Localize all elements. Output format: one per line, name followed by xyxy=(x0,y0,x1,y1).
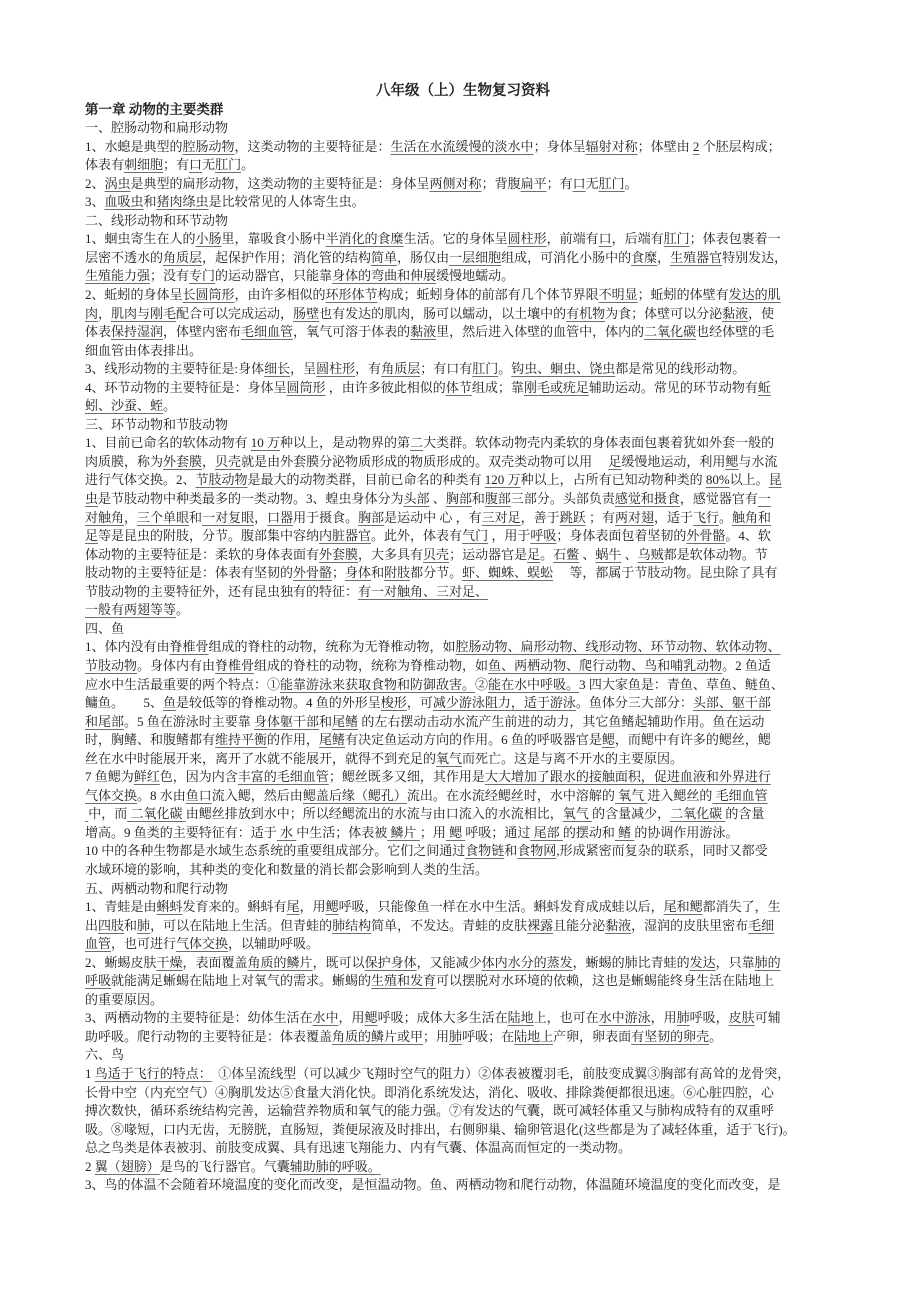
underlined-term: 和尾部 xyxy=(85,714,124,729)
underlined-term: 外骨骼 xyxy=(293,565,332,580)
underlined-term: 角质层 xyxy=(381,361,420,376)
underlined-term: 触角和 xyxy=(732,510,771,525)
text-segment: ；没有 xyxy=(150,268,189,283)
text-segment: 中生活；体表被 xyxy=(296,825,387,840)
text-segment: 进行气体交换。2、 xyxy=(85,472,196,487)
underlined-term: 虫 xyxy=(85,491,98,506)
underlined-term: 生殖和发育 xyxy=(371,973,436,988)
document-content: 八年级（上）生物复习资料 第一章 动物的主要类群 一、腔肠动物和扁形动物1、水螅… xyxy=(85,82,841,1195)
text-line: 水域环境的影响，其种类的变化和数量的消长都会影响到人类的生活。 xyxy=(85,861,841,880)
text-segment: 搏次数快，循环系统结构完善，运输营养物质和氧气的能力强。⑦有发达的气囊，既可减轻… xyxy=(85,1103,774,1118)
underlined-term: 角质的鳞片 xyxy=(248,955,313,970)
underlined-term: 减少游泳阻力，适于游泳 xyxy=(433,695,576,710)
underlined-term: 一对复眼 xyxy=(202,510,254,525)
text-segment: 由鳃丝排放到水中；所以经鳃流出的水流与由口流入的水流相比， xyxy=(186,806,563,821)
text-segment: 的运动器官，只能靠 xyxy=(215,268,332,283)
text-segment: 大类群。软体动物壳内柔软的身体表面包裹着犹如外套一般的 xyxy=(423,435,774,450)
underlined-term: 涡虫 xyxy=(105,176,131,191)
text-segment: 配合可以完成运动， xyxy=(176,306,293,321)
underlined-term: 扁平 xyxy=(521,176,547,191)
underlined-term: 气门 xyxy=(462,528,488,543)
text-line: 鳙鱼。 5、鱼是较低等的脊椎动物。4 鱼的外形呈梭形，可减少游泳阻力，适于游泳。… xyxy=(85,694,841,713)
text-segment: ，湿润的皮肤里密布 xyxy=(631,918,748,933)
text-line: 气体交换。8 水由鱼口流入鳃，然后由鳃盖后缘（鳃孔）流出。在水流经鳃丝时，水中溶… xyxy=(85,787,841,806)
underlined-term: 外套膜 xyxy=(319,547,358,562)
text-segment: 四、鱼 xyxy=(85,621,124,636)
text-segment: 都消失了，生 xyxy=(703,899,781,914)
underlined-term: 角质层 xyxy=(163,250,202,265)
text-segment: ② xyxy=(475,677,488,692)
text-segment: 是比较常见的人体寄生虫。 xyxy=(209,194,365,209)
text-segment: 三、环节动物和节肢动物 xyxy=(85,417,228,432)
text-segment: 。 xyxy=(176,602,189,617)
text-segment: 增高。9 鱼类的主要特征有：适于 xyxy=(85,825,277,840)
underlined-term: 对触角 xyxy=(85,510,124,525)
text-segment: 呼吸，只能像鱼一样在水中生活。蝌蚪发育成成蛙以后， xyxy=(339,899,664,914)
text-segment: 和 xyxy=(124,918,137,933)
underlined-term: 发达的肌 xyxy=(729,287,781,302)
underlined-term: 一 xyxy=(758,491,771,506)
underlined-term: 三对足 xyxy=(482,510,521,525)
text-segment: 和 xyxy=(371,565,384,580)
underlined-term: 鱼、两栖动物、爬行动物、鸟和哺乳动物 xyxy=(488,658,722,673)
underlined-term: 钩虫、蛔虫、饶虫 xyxy=(511,361,615,376)
underlined-term: 口器 xyxy=(267,510,293,525)
text-line: 总之鸟类是体表被羽、前肢变成翼、具有迅速飞翔能力、内有气囊、体温高而恒定的一类动… xyxy=(85,1139,841,1158)
text-line: 层密不透水的角质层，起保护作用；消化管的结构简单，肠仅由一层细胞组成，可消化小肠… xyxy=(85,249,841,268)
underlined-term: 气体交换 xyxy=(176,936,228,951)
underlined-term: 肺 xyxy=(449,1029,462,1044)
underlined-term: 外骨骼 xyxy=(686,528,725,543)
text-segment: 时，胸鳍、和腹鳍都有 xyxy=(85,732,215,747)
underlined-term: 毛细血管 xyxy=(241,324,293,339)
text-line: 3、血吸虫和猪肉绦虫是比较常见的人体寄生虫。 xyxy=(85,193,841,212)
text-segment: 呼吸；在 xyxy=(462,1029,514,1044)
text-segment: ，以辅助呼吸。 xyxy=(228,936,319,951)
text-line: 丝在水中时能展开来，离开了水就不能展开，就得不到充足的氧气而死亡。这是与离不开水… xyxy=(85,750,841,769)
text-segment: 。 xyxy=(163,398,176,413)
text-segment: 是较低等的脊椎动物。4 鱼的外形呈 xyxy=(176,695,381,710)
underlined-term: 能靠游泳来获取食物和防御敌害。 xyxy=(280,677,475,692)
text-segment: 。5 鱼在游泳时主要靠 xyxy=(124,714,254,729)
underlined-term: 保持湿润 xyxy=(111,324,163,339)
text-line: 体动物的主要特征是：柔软的身体表面有外套膜，大多具有贝壳；运动器官是足。石鳖 、… xyxy=(85,546,841,565)
underlined-term: 头部、躯干部 xyxy=(693,695,771,710)
underlined-term: 二氧化碳 xyxy=(670,806,725,821)
underlined-term: 干燥 xyxy=(157,955,183,970)
text-segment: 里，靠吸食小肠中 xyxy=(222,231,326,246)
text-line: 足等是昆虫的附肢，分节。腹部集中容纳内脏器官。此外，体表有气门 ，用于呼吸；身体… xyxy=(85,527,841,546)
underlined-term: 贝壳 xyxy=(423,547,449,562)
text-segment: 应水中生活最重要的两个特点：① xyxy=(85,677,280,692)
text-segment: 个胚层构成； xyxy=(699,139,780,154)
document-page: 八年级（上）生物复习资料 第一章 动物的主要类群 一、腔肠动物和扁形动物1、水螅… xyxy=(0,0,920,1302)
text-segment: 助呼吸。爬行动物的主要特征是：体表覆盖 xyxy=(85,1029,332,1044)
text-line: 2、涡虫是典型的扁形动物，这类动物的主要特征是：身体呈两侧对称；背腹扁平；有口无… xyxy=(85,175,841,194)
text-line: 1、目前已命名的软体动物有 10 万种以上，是动物界的第二大类群。软体动物壳内柔… xyxy=(85,434,841,453)
text-segment: 流入鳃，然后由 xyxy=(212,788,303,803)
text-segment: 无 xyxy=(586,176,599,191)
underlined-term: 肺 xyxy=(677,1010,690,1025)
underlined-term: 刚毛或疣足 xyxy=(524,380,589,395)
underlined-term: 水中游泳 xyxy=(599,1010,651,1025)
text-segment: 都是常见的线形动物。 xyxy=(615,361,745,376)
underlined-term: 鲜红 xyxy=(134,769,160,784)
underlined-term: 简单 xyxy=(371,250,397,265)
underlined-term: 两对翅 xyxy=(615,510,654,525)
text-line: 六、鸟 xyxy=(85,1046,841,1065)
text-segment: 3、两栖动物的主要特征是：幼体生活在 xyxy=(85,1010,313,1025)
underlined-term: 辐射对称 xyxy=(586,139,638,154)
document-body: 一、腔肠动物和扁形动物1、水螅是典型的腔肠动物，这类动物的主要特征是：生活在水流… xyxy=(85,119,841,1195)
text-segment: 出 xyxy=(85,918,98,933)
text-segment: ，可 xyxy=(407,695,433,710)
text-segment: 里，然后进入体壁的血管中，体内的 xyxy=(436,324,644,339)
text-line: 细血管由体表排出。 xyxy=(85,342,841,361)
underlined-term: 肺 xyxy=(137,918,150,933)
text-segment: ；背腹 xyxy=(482,176,521,191)
text-line: 增高。9 鱼类的主要特征有：适于 水 中生活；体表被 鳞片 ；用 鳃 呼吸；通过… xyxy=(85,824,841,843)
text-segment: 产卵，卵表面 xyxy=(553,1029,631,1044)
text-segment: 构成；蚯蚓身体的前部有几个体节界限 xyxy=(378,287,599,302)
underlined-term: 蚯 xyxy=(758,380,771,395)
underlined-term: 尾部 xyxy=(530,825,563,840)
underlined-term: 尾鳍 xyxy=(332,714,358,729)
underlined-term: 鳃 xyxy=(365,1010,378,1025)
text-line: 体表保持湿润，体壁内密布毛细血管，氧气可溶于体表的黏液里，然后进入体壁的血管中，… xyxy=(85,323,841,342)
underlined-term: 两侧对称 xyxy=(430,176,482,191)
text-segment: 。 xyxy=(719,510,732,525)
underlined-term: 二 xyxy=(410,435,423,450)
underlined-term: 口 xyxy=(189,157,202,172)
text-segment: 。4、软 xyxy=(725,528,771,543)
text-segment: ，使 xyxy=(748,306,774,321)
text-segment: 。身体内有由 xyxy=(137,658,215,673)
text-line: 3、鸟的体温不会随着环境温度的变化而改变，是恒温动物。鱼、两栖动物和爬行动物，体… xyxy=(85,1176,841,1195)
text-segment: 。鱼体分三大部分： xyxy=(576,695,693,710)
text-segment: ，而鳃中有许多的鳃丝，鳃 xyxy=(615,732,771,747)
text-segment: 肉质膜，称为 xyxy=(85,454,163,469)
text-segment: 等，都属于节肢动物。昆虫除了具有 xyxy=(553,565,777,580)
text-segment: ， xyxy=(202,454,215,469)
text-segment: 也有发达的肌肉，肠可以蠕动，以土壤中的 xyxy=(319,306,566,321)
underlined-term: 生殖器官 xyxy=(670,250,722,265)
underlined-term: 尾 xyxy=(287,899,300,914)
text-segment: ；身体呈 xyxy=(534,139,586,154)
underlined-term: 长圆筒形 xyxy=(183,287,235,302)
text-segment: 三部分。头部负责 xyxy=(511,491,615,506)
text-segment: 就是由外套膜分泌物质形成的物质形成的。双壳类动物可以用 xyxy=(241,454,608,469)
text-segment: ，蜥蜴的肺比青蛙的 xyxy=(573,955,690,970)
text-segment: 。 xyxy=(241,157,254,172)
text-line: 对触角，三个单眼和一对复眼，口器用于摄食。胸部是运动中 心 ，有三对足，善于跳跃… xyxy=(85,509,841,528)
text-segment: 发育来的。蝌蚪有 xyxy=(183,899,287,914)
text-line: 呼吸就能满足蜥蜴在陆地上对氧气的需求。蜥蜴的生殖和发育可以摆脱对水环境的依赖，这… xyxy=(85,972,841,991)
text-segment: ，可以在陆地上生活。但青蛙的 xyxy=(150,918,332,933)
text-segment: 、 xyxy=(579,547,595,562)
text-segment: ， xyxy=(124,510,137,525)
text-segment: 是运动中 心 ，有 xyxy=(384,510,482,525)
text-segment: 、 xyxy=(430,491,446,506)
underlined-term: 角质的鳞片或甲 xyxy=(332,1029,423,1044)
underlined-term: 肺结构 xyxy=(332,918,371,933)
text-segment: 总之鸟类是体表被羽、前肢变成翼、具有迅速飞翔能力、内有气囊、体温高而恒定的一类动… xyxy=(85,1140,631,1155)
text-segment: 1、青蛙是由 xyxy=(85,899,157,914)
text-segment: 是最大的动物类群，目前已命名的种类有 xyxy=(248,472,485,487)
chapter-heading: 第一章 动物的主要类群 xyxy=(85,101,841,120)
text-segment: 特别发达， xyxy=(722,250,787,265)
text-segment: ；身体表面包着坚韧的 xyxy=(556,528,686,543)
text-line: 节肢动物。身体内有由脊椎骨组成的脊柱的动物，统称为脊椎动物，如鱼、两栖动物、爬行… xyxy=(85,657,841,676)
text-segment: 为食；体壁可以分泌 xyxy=(605,306,722,321)
text-segment: 组成；靠 xyxy=(472,380,524,395)
text-segment: ；有 xyxy=(163,157,189,172)
text-segment: 组成的脊柱的动物，统称为脊椎动物，如 xyxy=(254,658,488,673)
text-segment: 而死亡。这是与离不开水的主要原因。 xyxy=(462,751,683,766)
text-segment: 组成，可消化小肠中的 xyxy=(501,250,631,265)
text-line: 体表有刺细胞；有口无肛门。 xyxy=(85,156,841,175)
text-segment: 长骨中空（内充空气）④胸肌发达⑤食量大消化快。即消化系统发达，消化、吸收、排除粪… xyxy=(85,1085,774,1100)
text-segment: ，由许多彼此相似的 xyxy=(326,380,446,395)
underlined-term: 气体交换 xyxy=(85,788,137,803)
text-line: 肉，肌肉与刚毛配合可以完成运动，肠壁也有发达的肌肉，肠可以蠕动，以土壤中的有机物… xyxy=(85,305,841,324)
text-segment: 2、蜥蜴皮肤 xyxy=(85,955,157,970)
text-line: 3、线形动物的主要特征是:身体细长，呈圆柱形，有角质层；有口有肛门。钩虫、蛔虫、… xyxy=(85,360,841,379)
underlined-term: 皮肤 xyxy=(729,1010,755,1025)
underlined-term: 黏液 xyxy=(722,306,748,321)
text-segment: ；运动器官是 xyxy=(449,547,527,562)
text-segment: 无 xyxy=(202,157,215,172)
text-segment: 呼吸， xyxy=(690,1010,729,1025)
underlined-term: 有坚韧的卵壳 xyxy=(631,1029,709,1044)
underlined-term: 氧气 xyxy=(615,788,648,803)
text-segment: 和 xyxy=(504,843,517,858)
underlined-term: 圆柱形 xyxy=(316,361,355,376)
text-line: 肉质膜，称为外套膜，贝壳就是由外套膜分泌物质形成的物质形成的。双壳类动物可以用 … xyxy=(85,453,841,472)
underlined-term: 猪肉绦虫 xyxy=(157,194,209,209)
underlined-term: 呼吸 xyxy=(85,973,111,988)
underlined-term: 贝壳 xyxy=(215,454,241,469)
underlined-term: 能在水中呼吸。 xyxy=(488,677,579,692)
text-line: 1、水螅是典型的腔肠动物，这类动物的主要特征是：生活在水流缓慢的淡水中；身体呈辐… xyxy=(85,138,841,157)
text-segment: 和 xyxy=(189,510,202,525)
underlined-term: 三个单眼 xyxy=(137,510,189,525)
underlined-term: 肠壁 xyxy=(293,306,319,321)
underlined-term: 肛门 xyxy=(599,176,625,191)
underlined-term: 肌肉与刚毛 xyxy=(111,306,176,321)
underlined-term: 肺的 xyxy=(755,955,781,970)
underlined-term: 鳃 xyxy=(725,454,738,469)
text-line: 1、青蛙是由蝌蚪发育来的。蝌蚪有尾，用鳃呼吸，只能像鱼一样在水中生活。蝌蚪发育成… xyxy=(85,898,841,917)
text-segment: 丝在水中时能展开来，离开了水就不能展开，就得不到充足的 xyxy=(85,751,436,766)
text-line: 蚓、沙蚕、蛭。 xyxy=(85,397,841,416)
text-segment: ，肠仅由 xyxy=(397,250,449,265)
underlined-term: 呼吸 xyxy=(530,528,556,543)
underlined-term: 脊椎骨 xyxy=(215,658,254,673)
text-segment: 水域环境的影响，其种类的变化和数量的消长都会影响到人类的生活。 xyxy=(85,862,488,877)
underlined-term: 足 xyxy=(85,528,98,543)
underlined-term: 鸟适于飞行的特点： xyxy=(95,1066,212,1081)
text-segment: ；体壁由 xyxy=(638,139,693,154)
text-segment: ，表面覆盖 xyxy=(183,955,248,970)
text-segment: ，大多具有 xyxy=(358,547,423,562)
text-segment: 3、 xyxy=(85,194,105,209)
underlined-term: 圆筒形 xyxy=(287,380,326,395)
text-segment: 五、两栖动物和爬行动物 xyxy=(85,881,228,896)
text-segment: 可以摆脱对水环境的依赖，这也是蜥蜴能终身生活在陆地上 xyxy=(436,973,774,988)
underlined-term: 附肢 xyxy=(384,565,410,580)
text-segment: 1 xyxy=(85,1066,95,1081)
text-segment: 简单，不发达。青蛙的皮肤 xyxy=(371,918,527,933)
text-segment: ，用于 xyxy=(488,528,530,543)
text-segment: 。 xyxy=(498,361,511,376)
text-line: 生殖能力强；没有专门的运动器官，只能靠身体的弯曲和伸展缓慢地蠕动。 xyxy=(85,267,841,286)
text-segment: 组成的脊柱的动物，统称为无脊椎动物，如 xyxy=(209,639,456,654)
text-segment: 。 xyxy=(709,1029,722,1044)
text-line: 五、两栖动物和爬行动物 xyxy=(85,880,841,899)
text-segment: 4、环节动物的主要特征是：身体呈 xyxy=(85,380,287,395)
underlined-term: 水中 xyxy=(313,1010,339,1025)
underlined-term: 身体 xyxy=(345,565,371,580)
text-segment: 的重要原因。 xyxy=(85,992,163,1007)
underlined-term: 氧气 xyxy=(563,806,592,821)
text-segment: 色，因为内含 xyxy=(160,769,238,784)
underlined-term: 四肢 xyxy=(98,918,124,933)
text-segment: 1、蛔虫寄生在人的 xyxy=(85,231,196,246)
underlined-term: 专门 xyxy=(189,268,215,283)
underlined-term: 80% xyxy=(706,472,730,487)
underlined-term: 鳞片 xyxy=(387,825,420,840)
underlined-term: 圆柱形 xyxy=(508,231,547,246)
text-segment: 2、蚯蚓的身体呈 xyxy=(85,287,183,302)
text-line: 吸。⑧喙短，口内无齿，无膀胱，直肠短，粪便尿液及时排出，右侧卵巢、输卵管退化(这… xyxy=(85,1121,841,1140)
text-segment: ，这类动物的主要特征是： xyxy=(235,139,391,154)
text-segment: 。此外，体表有 xyxy=(371,528,462,543)
text-segment: 的左右摆动击动水流产生前进的动力，其它鱼鳍起辅助作用。鱼在运动 xyxy=(358,714,764,729)
text-segment: ， xyxy=(657,250,670,265)
underlined-term: 足 xyxy=(527,547,540,562)
text-line: 的重要原因。 xyxy=(85,991,841,1010)
underlined-term: 节肢动物 xyxy=(85,658,137,673)
underlined-term: 鱼口 xyxy=(186,788,212,803)
underlined-term: 节肢动物 xyxy=(196,472,248,487)
text-line: 出四肢和肺，可以在陆地上生活。但青蛙的肺结构简单，不发达。青蛙的皮肤裸露且能分泌… xyxy=(85,917,841,936)
underlined-term: 半消化的食糜 xyxy=(326,231,404,246)
text-segment: 1、水螅是典型的 xyxy=(85,139,183,154)
underlined-term: 鳃 xyxy=(446,825,466,840)
text-line: 节肢动物的主要特征外，还有昆虫独有的特征：有一对触角、三对足、 xyxy=(85,583,841,602)
underlined-term: 血吸虫 xyxy=(105,194,144,209)
text-segment: 节肢动物的主要特征外，还有昆虫独有的特征： xyxy=(85,584,358,599)
underlined-term: 丰富的毛细血管 xyxy=(238,769,329,784)
text-segment: 中，而 xyxy=(88,806,127,821)
document-title: 八年级（上）生物复习资料 xyxy=(85,82,841,101)
underlined-term: 血管 xyxy=(85,936,111,951)
text-segment: 3、鸟的体温不会随着环境温度的变化而改变，是恒温动物。鱼、两栖动物和爬行动物，体… xyxy=(85,1177,781,1192)
text-segment: 有决定鱼运动方向的作用。6 鱼的呼吸器官是 xyxy=(345,732,602,747)
underlined-term: 肛门 xyxy=(472,361,498,376)
text-segment: 就能满足蜥蜴在陆地上对氧气的需求。蜥蜴的 xyxy=(111,973,371,988)
text-line: 3、两栖动物的主要特征是：幼体生活在水中，用鳃呼吸；成体大多生活在陆地上，也可在… xyxy=(85,1009,841,1028)
text-segment: ， xyxy=(254,510,267,525)
text-line: 10 中的各种生物都是水域生态系统的重要组成部分。它们之间通过食物链和食物网,形… xyxy=(85,842,841,861)
text-segment: ，呈 xyxy=(290,361,316,376)
underlined-term: 黏液 xyxy=(605,918,631,933)
underlined-term: 一般有两翅等等 xyxy=(85,602,176,617)
text-segment: 体表 xyxy=(85,324,111,339)
text-segment: 细血管由体表排出。 xyxy=(85,343,202,358)
text-line: 1、体内没有由脊椎骨组成的脊柱的动物，统称为无脊椎动物，如腔肠动物、扁形动物、线… xyxy=(85,638,841,657)
text-segment: 的含量 xyxy=(725,806,764,821)
text-segment: ，前端有 xyxy=(547,231,599,246)
text-segment: ；用 xyxy=(423,1029,449,1044)
underlined-term: 蝌蚪 xyxy=(157,899,183,914)
text-segment: ，又能减少 xyxy=(417,955,482,970)
text-line: 四、鱼 xyxy=(85,620,841,639)
text-line: 进行气体交换。2、节肢动物是最大的动物类群，目前已命名的种类有 120 万种以上… xyxy=(85,471,841,490)
underlined-term: 刺细胞 xyxy=(124,157,163,172)
text-segment: ，善于 xyxy=(521,510,560,525)
text-segment: 的作用， xyxy=(267,732,319,747)
text-line: 二、线形动物和环节动物 xyxy=(85,212,841,231)
underlined-term: 陆地 xyxy=(508,1010,534,1025)
text-segment: ；体表包裹着一 xyxy=(690,231,781,246)
underlined-term: 腹部 xyxy=(485,491,511,506)
text-segment: 。8 水由 xyxy=(137,788,186,803)
text-segment: 都分节。 xyxy=(410,565,462,580)
text-line: 三、环节动物和节肢动物 xyxy=(85,416,841,435)
text-segment: 都是软体动物。节 xyxy=(664,547,768,562)
underlined-term: 口 xyxy=(599,231,612,246)
underlined-term: 鳃盖后缘（鳃孔） xyxy=(303,788,407,803)
text-segment: 1、体内没有由 xyxy=(85,639,170,654)
text-segment: ，只靠 xyxy=(716,955,755,970)
underlined-term: 虾、蜘蛛、蜈蚣 xyxy=(462,565,553,580)
underlined-term: 腔肠动物、扁形动物、线形动物、环节动物、软体动物、 xyxy=(456,639,781,654)
text-segment: ，用 xyxy=(300,899,326,914)
text-segment: 。2 鱼适 xyxy=(722,658,771,673)
text-segment: ，有 xyxy=(355,361,381,376)
text-segment: 是典型的扁形动物，这类动物的主要特征是：身体呈 xyxy=(131,176,430,191)
text-segment: 是节肢动物中种类最多的一类动物。3、蝗虫身体分为 xyxy=(98,491,404,506)
underlined-term: 120 万 xyxy=(485,472,521,487)
underlined-term: 陆地上 xyxy=(514,1029,553,1044)
underlined-term: 昆 xyxy=(769,472,782,487)
text-line: 1、蛔虫寄生在人的小肠里，靠吸食小肠中半消化的食糜生活。它的身体呈圆柱形，前端有… xyxy=(85,230,841,249)
text-segment: 种以上，占所有已知动物种类的 xyxy=(521,472,706,487)
text-segment: ，既可以 xyxy=(313,955,365,970)
text-segment: 、 xyxy=(621,547,637,562)
text-segment: 的摆动和 xyxy=(563,825,615,840)
underlined-term: 梭形 xyxy=(381,695,407,710)
text-line: 长骨中空（内充空气）④胸肌发达⑤食量大消化快。即消化系统发达，消化、吸收、排除粪… xyxy=(85,1084,841,1103)
text-segment: 缓慢地运动，利用 xyxy=(621,454,725,469)
text-segment: 。 xyxy=(625,176,638,191)
text-line: 一、腔肠动物和扁形动物 xyxy=(85,119,841,138)
text-line: 血管，也可进行气体交换，以辅助呼吸。 xyxy=(85,935,841,954)
text-segment: 呼吸；成体大多生活在 xyxy=(378,1010,508,1025)
underlined-term: 黏液 xyxy=(410,324,436,339)
underlined-term: 保护身体 xyxy=(365,955,417,970)
text-segment: ，起保护作用；消化管的结构 xyxy=(202,250,371,265)
underlined-term: 尾和鳃 xyxy=(664,899,703,914)
text-line: 肢动物的主要特征是：体表有坚韧的外骨骼；身体和附肢都分节。虾、蜘蛛、蜈蚣 等，都… xyxy=(85,564,841,583)
underlined-term: 口 xyxy=(573,176,586,191)
text-segment: 呼吸；通过 xyxy=(465,825,530,840)
text-segment: ，氧气可溶于体表的 xyxy=(293,324,410,339)
underlined-term: 乌贼 xyxy=(638,547,664,562)
text-segment: 层密不透水的 xyxy=(85,250,163,265)
